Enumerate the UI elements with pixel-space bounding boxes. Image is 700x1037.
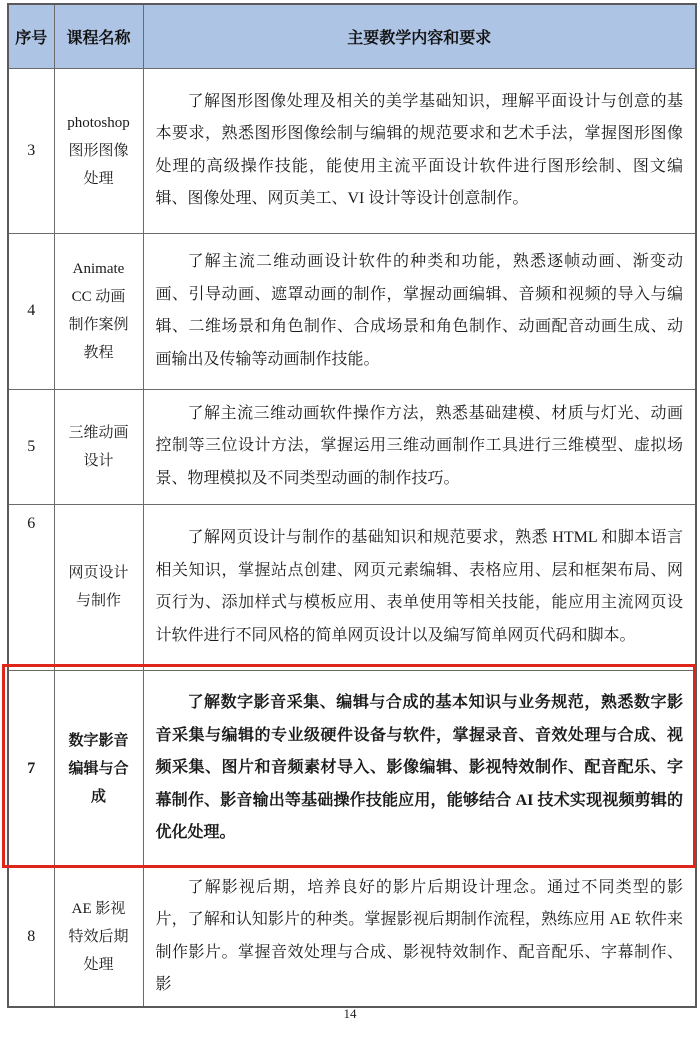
cell-content: 了解图形图像处理及相关的美学基础知识，理解平面设计与创意的基本要求，熟悉图形图像… (143, 68, 696, 233)
cell-number: 4 (8, 233, 54, 389)
header-cell-course-name: 课程名称 (54, 4, 143, 68)
cell-number: 3 (8, 68, 54, 233)
cell-content: 了解网页设计与制作的基础知识和规范要求，熟悉 HTML 和脚本语言相关知识，掌握… (143, 504, 696, 670)
cell-content: 了解影视后期，培养良好的影片后期设计理念。通过不同类型的影片，了解和认知影片的种… (143, 867, 696, 1007)
header-cell-content: 主要教学内容和要求 (143, 4, 696, 68)
table-row: 6 网页设计与制作 了解网页设计与制作的基础知识和规范要求，熟悉 HTML 和脚… (8, 504, 696, 670)
cell-content: 了解数字影音采集、编辑与合成的基本知识与业务规范，熟悉数字影音采集与编辑的专业级… (143, 670, 696, 867)
table-row: 8 AE 影视特效后期处理 了解影视后期，培养良好的影片后期设计理念。通过不同类… (8, 867, 696, 1007)
table-header-row: 序号 课程名称 主要教学内容和要求 (8, 4, 696, 68)
cell-course-name: AE 影视特效后期处理 (54, 867, 143, 1007)
cell-number: 8 (8, 867, 54, 1007)
table-row: 4 Animate CC 动画制作案例教程 了解主流二维动画设计软件的种类和功能… (8, 233, 696, 389)
course-table: 序号 课程名称 主要教学内容和要求 3 photoshop 图形图像处理 了解图… (7, 3, 697, 1008)
cell-number: 5 (8, 389, 54, 504)
header-cell-number: 序号 (8, 4, 54, 68)
cell-course-name: photoshop 图形图像处理 (54, 68, 143, 233)
cell-content: 了解主流二维动画设计软件的种类和功能，熟悉逐帧动画、渐变动画、引导动画、遮罩动画… (143, 233, 696, 389)
document-page: 序号 课程名称 主要教学内容和要求 3 photoshop 图形图像处理 了解图… (0, 0, 700, 1037)
cell-number: 7 (8, 670, 54, 867)
table-row: 3 photoshop 图形图像处理 了解图形图像处理及相关的美学基础知识，理解… (8, 68, 696, 233)
cell-number: 6 (8, 504, 54, 670)
page-number: 14 (0, 1006, 700, 1022)
cell-course-name: Animate CC 动画制作案例教程 (54, 233, 143, 389)
cell-course-name: 三维动画设计 (54, 389, 143, 504)
cell-course-name: 网页设计与制作 (54, 504, 143, 670)
table-row-highlighted: 7 数字影音编辑与合成 了解数字影音采集、编辑与合成的基本知识与业务规范，熟悉数… (8, 670, 696, 867)
table-row: 5 三维动画设计 了解主流三维动画软件操作方法，熟悉基础建模、材质与灯光、动画控… (8, 389, 696, 504)
cell-course-name: 数字影音编辑与合成 (54, 670, 143, 867)
cell-content: 了解主流三维动画软件操作方法，熟悉基础建模、材质与灯光、动画控制等三位设计方法，… (143, 389, 696, 504)
